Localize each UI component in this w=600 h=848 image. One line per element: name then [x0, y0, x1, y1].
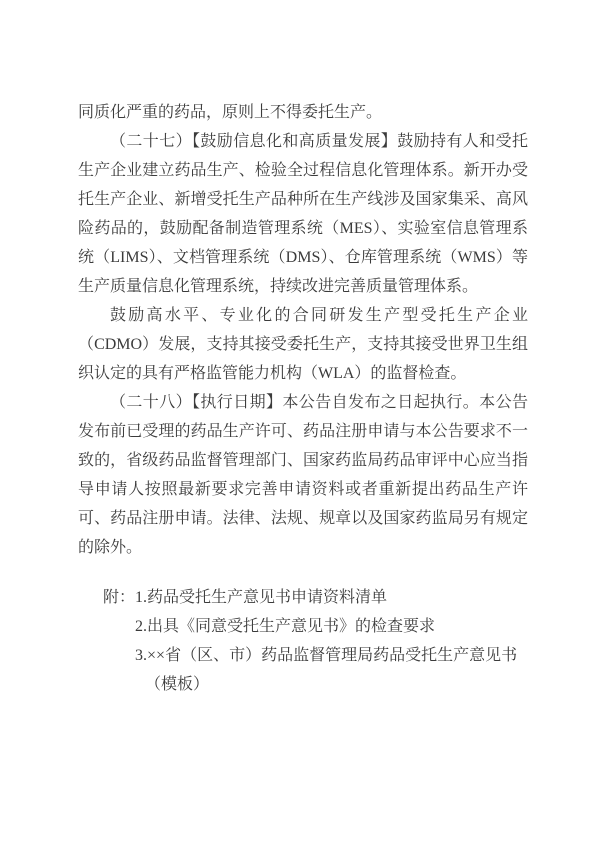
- document-body: 同质化严重的药品，原则上不得委托生产。 （二十七）【鼓励信息化和高质量发展】鼓励…: [78, 98, 528, 699]
- document-page: 同质化严重的药品，原则上不得委托生产。 （二十七）【鼓励信息化和高质量发展】鼓励…: [0, 0, 600, 848]
- body-paragraph: 同质化严重的药品，原则上不得委托生产。: [78, 98, 528, 127]
- attachment-item: 3.××省（区、市）药品监督管理局药品受托生产意见书（模板）: [135, 641, 528, 699]
- attachment-item: 2.出具《同意受托生产意见书》的检查要求: [135, 612, 528, 641]
- attachment-item: 1.药品受托生产意见书申请资料清单: [135, 583, 528, 612]
- attachment-section: 附： 1.药品受托生产意见书申请资料清单 2.出具《同意受托生产意见书》的检查要…: [78, 583, 528, 699]
- attachment-list: 1.药品受托生产意见书申请资料清单 2.出具《同意受托生产意见书》的检查要求 3…: [135, 583, 528, 699]
- body-paragraph: （二十七）【鼓励信息化和高质量发展】鼓励持有人和受托生产企业建立药品生产、检验全…: [78, 127, 528, 301]
- attachment-label: 附：: [103, 583, 135, 612]
- body-paragraph: （二十八）【执行日期】本公告自发布之日起执行。本公告发布前已受理的药品生产许可、…: [78, 388, 528, 562]
- body-paragraph: 鼓励高水平、专业化的合同研发生产型受托生产企业（CDMO）发展，支持其接受委托生…: [78, 301, 528, 388]
